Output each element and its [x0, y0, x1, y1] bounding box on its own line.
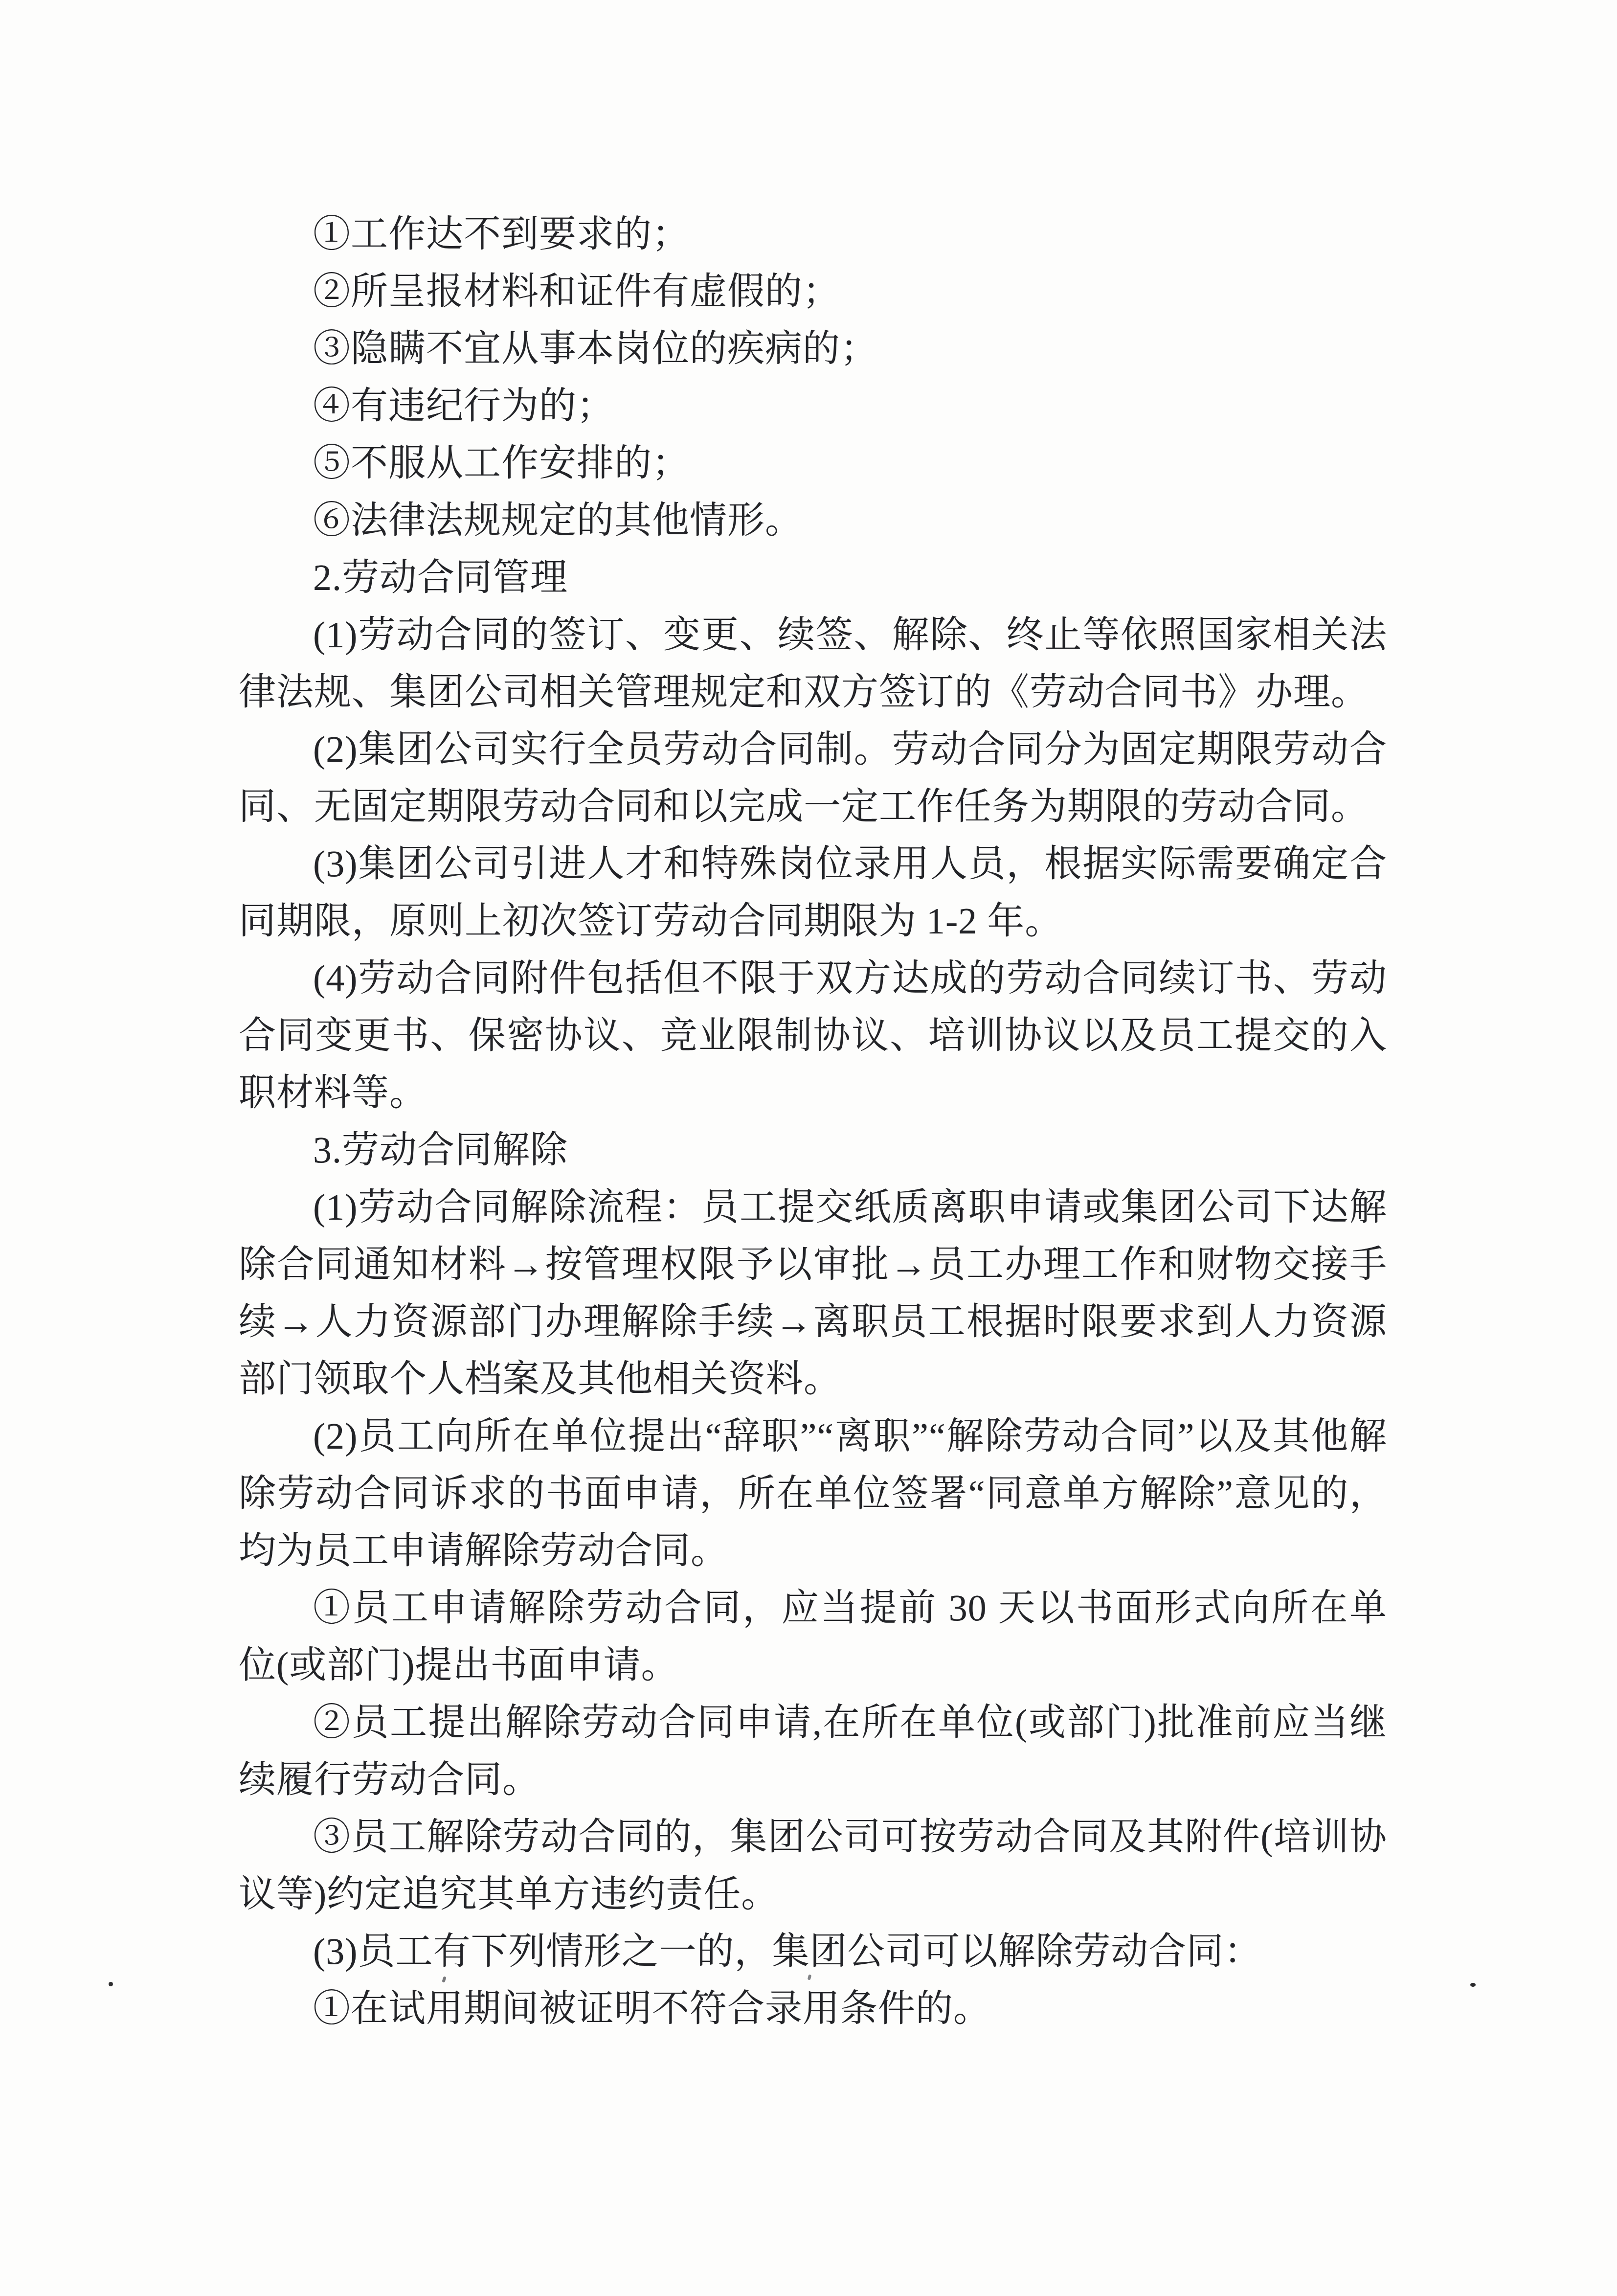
dismissal-condition-item-5: ⑤不服从工作安排的；: [239, 435, 1387, 492]
para-advance-notice-item-1: ①员工申请解除劳动合同，应当提前 30 天以书面形式向所在单位(或部门)提出书面…: [239, 1580, 1387, 1694]
dismissal-condition-item-4: ④有违纪行为的；: [239, 378, 1387, 435]
para-termination-process: (1)劳动合同解除流程：员工提交纸质离职申请或集团公司下达解除合同通知材料→按管…: [239, 1179, 1387, 1408]
para-continue-contract-item-2: ②员工提出解除劳动合同申请,在所在单位(或部门)批准前应当继续履行劳动合同。: [239, 1694, 1387, 1809]
scan-speck: [109, 1982, 113, 1986]
para-breach-liability-item-3: ③员工解除劳动合同的，集团公司可按劳动合同及其附件(培训协议等)约定追究其单方违…: [239, 1809, 1387, 1923]
dismissal-condition-item-6: ⑥法律法规规定的其他情形。: [239, 492, 1387, 549]
para-contract-term: (3)集团公司引进人才和特殊岗位录用人员，根据实际需要确定合同期限，原则上初次签…: [239, 836, 1387, 950]
para-resignation-requests: (2)员工向所在单位提出“辞职”“离职”“解除劳动合同”以及其他解除劳动合同诉求…: [239, 1408, 1387, 1580]
para-company-termination-conditions: (3)员工有下列情形之一的，集团公司可以解除劳动合同：: [239, 1923, 1387, 1980]
dismissal-condition-item-1: ①工作达不到要求的；: [239, 206, 1387, 263]
scan-speck: [1470, 1983, 1476, 1987]
para-probation-condition-item-1: ①在试用期间被证明不符合录用条件的。: [239, 1980, 1387, 2038]
para-contract-signing: (1)劳动合同的签订、变更、续签、解除、终止等依照国家相关法律法规、集团公司相关…: [239, 607, 1387, 721]
para-contract-attachments: (4)劳动合同附件包括但不限于双方达成的劳动合同续订书、劳动合同变更书、保密协议…: [239, 950, 1387, 1122]
section-heading-contract-management: 2.劳动合同管理: [239, 549, 1387, 607]
scanned-document-page: ①工作达不到要求的； ②所呈报材料和证件有虚假的； ③隐瞒不宜从事本岗位的疾病的…: [0, 0, 1617, 2296]
dismissal-condition-item-3: ③隐瞒不宜从事本岗位的疾病的；: [239, 320, 1387, 378]
para-contract-types: (2)集团公司实行全员劳动合同制。劳动合同分为固定期限劳动合同、无固定期限劳动合…: [239, 721, 1387, 836]
dismissal-condition-item-2: ②所呈报材料和证件有虚假的；: [239, 263, 1387, 320]
document-body-text: ①工作达不到要求的； ②所呈报材料和证件有虚假的； ③隐瞒不宜从事本岗位的疾病的…: [239, 206, 1387, 2038]
section-heading-contract-termination: 3.劳动合同解除: [239, 1122, 1387, 1179]
